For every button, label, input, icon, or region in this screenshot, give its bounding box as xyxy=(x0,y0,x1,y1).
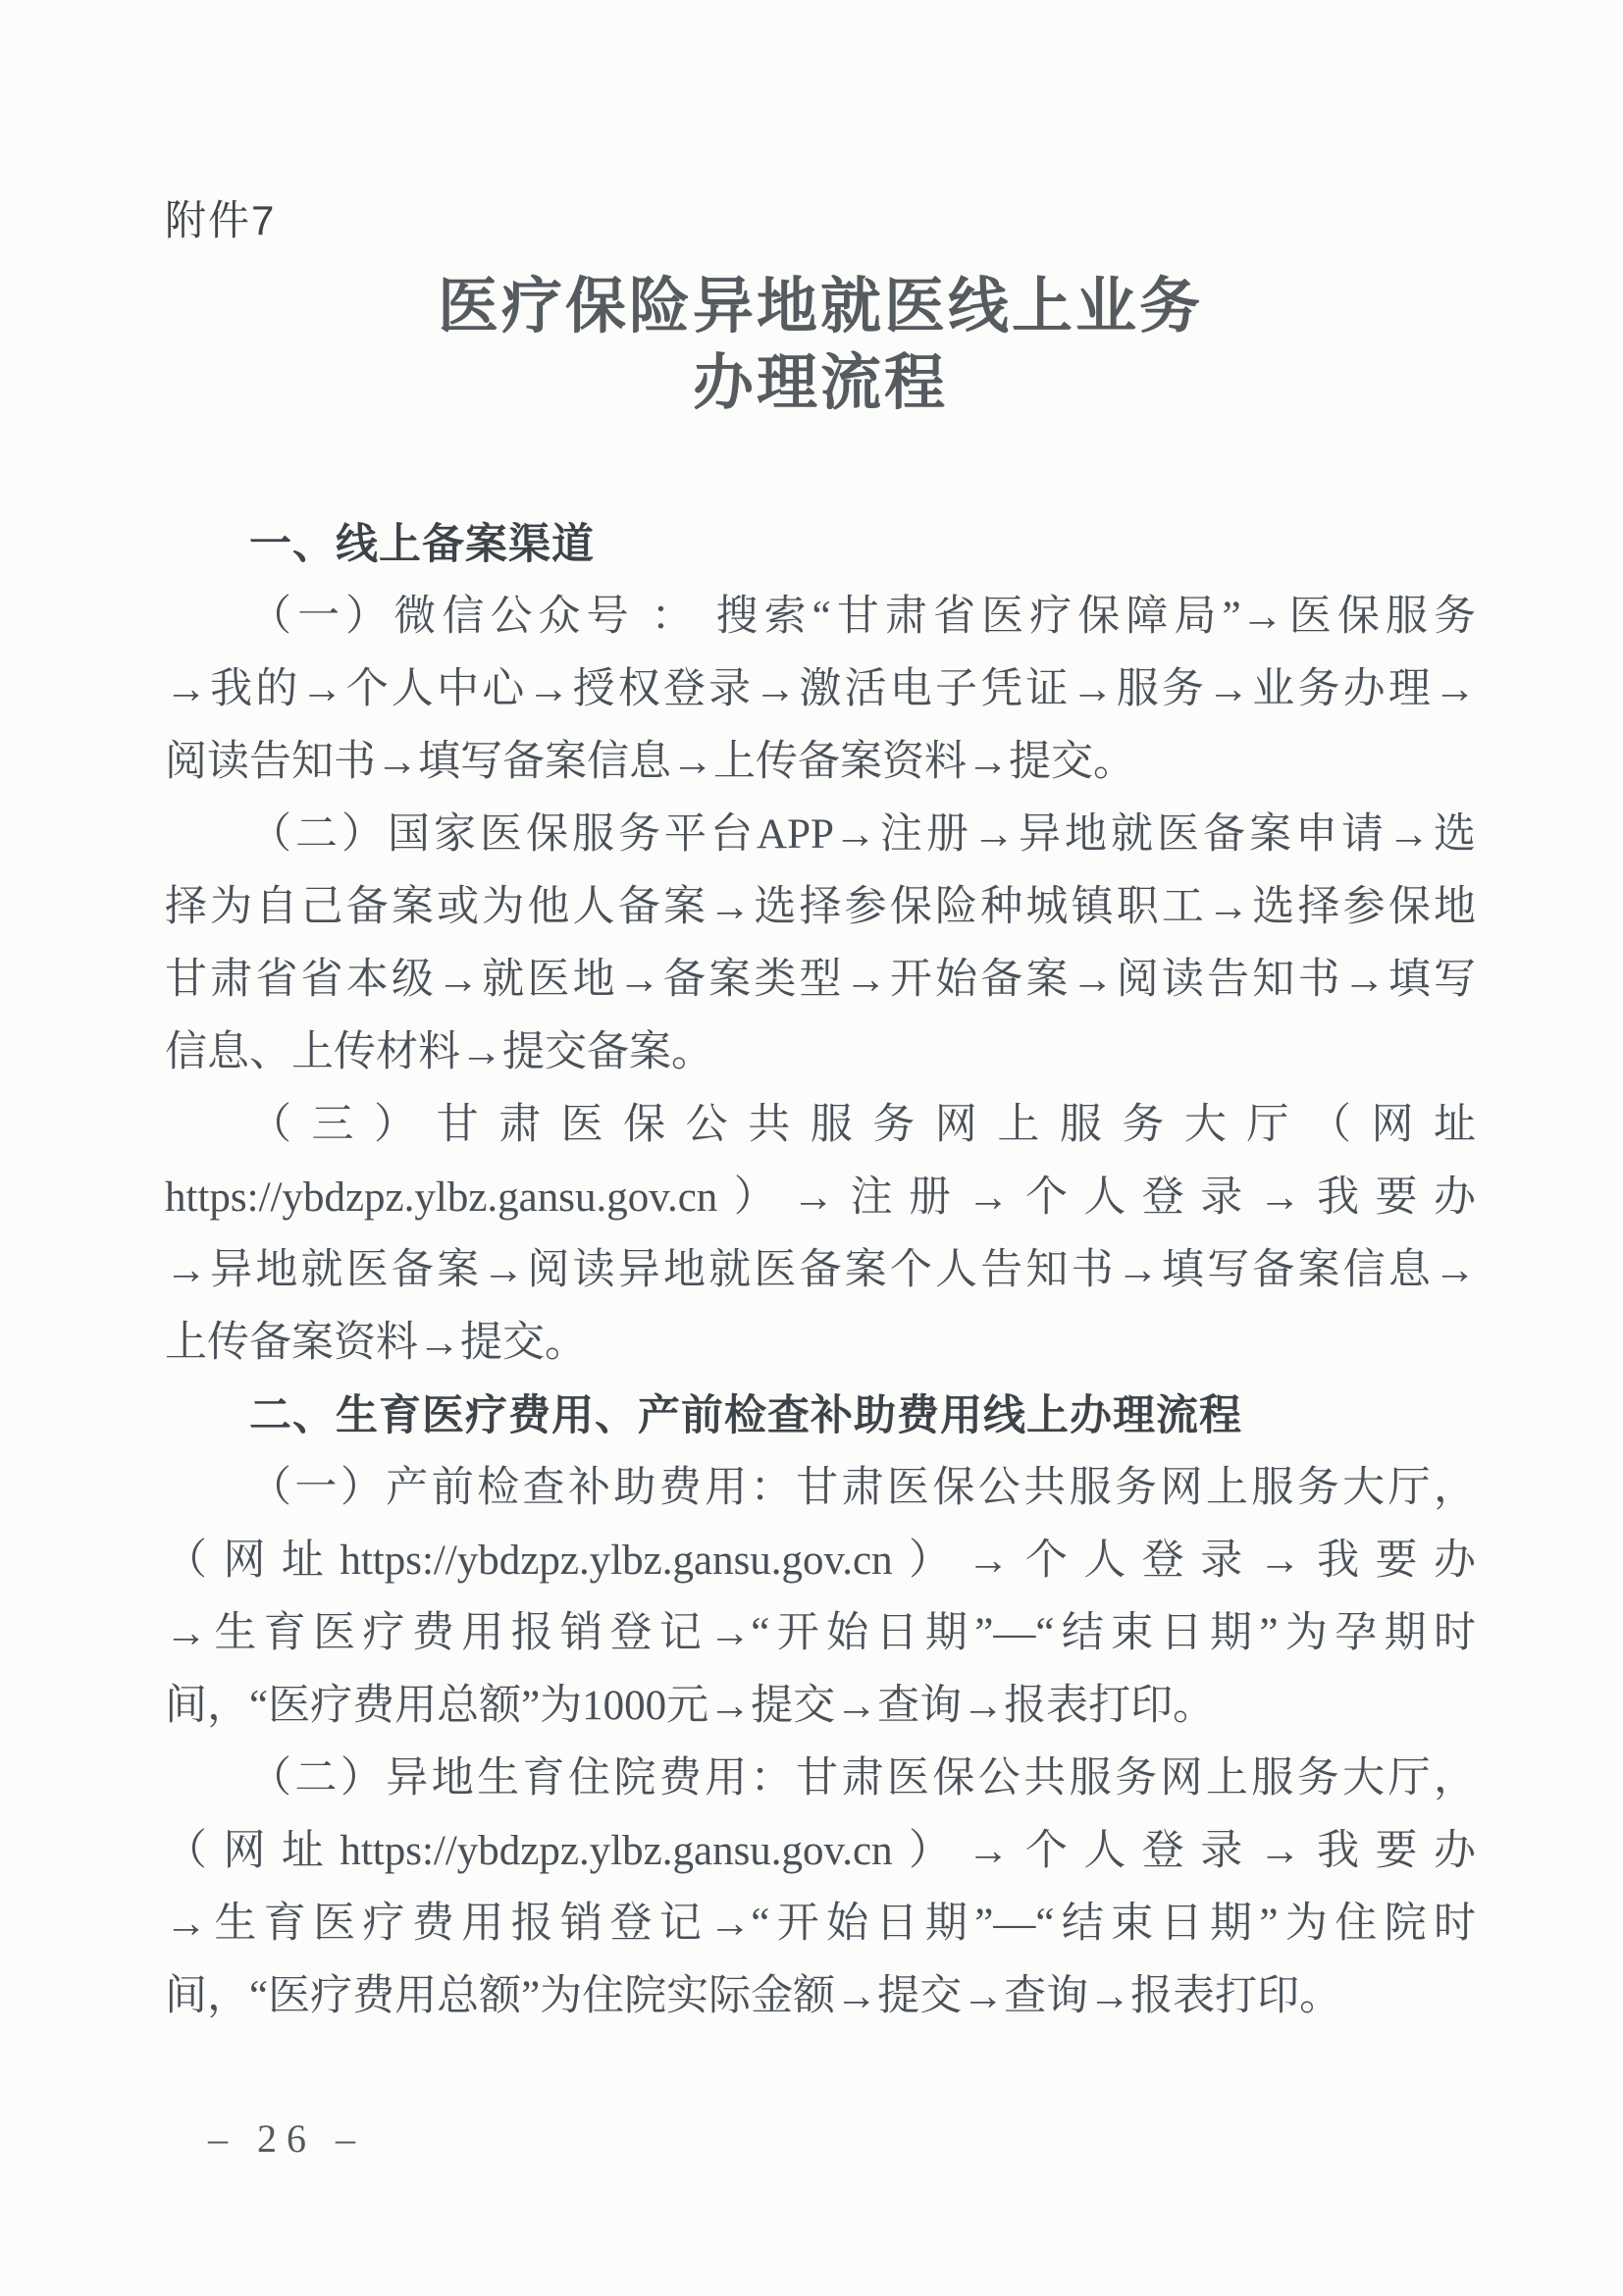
section-heading: 一、线上备案渠道 xyxy=(165,508,1476,581)
text-line: （三）甘肃医保公共服务网上服务大厅（网址 xyxy=(165,1089,1476,1162)
text-line: （网址https://ybdzpz.ylbz.gansu.gov.cn）→个人登… xyxy=(165,1815,1476,1888)
text-line: →异地就医备案→阅读异地就医备案个人告知书→填写备案信息→ xyxy=(165,1234,1476,1307)
text-line: →我的→个人中心→授权登录→激活电子凭证→服务→业务办理→ xyxy=(165,653,1476,726)
document-body: 一、线上备案渠道（一）微信公众号 ： 搜索“甘肃省医疗保障局”→医保服务→我的→… xyxy=(165,508,1476,2033)
text-line: （二）国家医保服务平台APP→注册→异地就医备案申请→选 xyxy=(165,799,1476,871)
document-title-line-1: 医疗保险异地就医线上业务 xyxy=(165,269,1476,345)
text-line: （一）产前检查补助费用：甘肃医保公共服务网上服务大厅， xyxy=(165,1452,1476,1525)
text-line: （一）微信公众号 ： 搜索“甘肃省医疗保障局”→医保服务 xyxy=(165,581,1476,653)
text-line: 择为自己备案或为他人备案→选择参保险种城镇职工→选择参保地 xyxy=(165,871,1476,944)
document-title: 医疗保险异地就医线上业务 办理流程 xyxy=(165,269,1476,422)
page-number: – 26 – xyxy=(208,2115,365,2162)
text-line: 上传备案资料→提交。 xyxy=(165,1307,1476,1380)
document-title-line-2: 办理流程 xyxy=(165,345,1476,422)
text-line: 信息、上传材料→提交备案。 xyxy=(165,1017,1476,1089)
text-line: （网址https://ybdzpz.ylbz.gansu.gov.cn）→个人登… xyxy=(165,1525,1476,1597)
text-line: →生育医疗费用报销登记→“开始日期”—“结束日期”为孕期时 xyxy=(165,1597,1476,1670)
text-line: https://ybdzpz.ylbz.gansu.gov.cn）→注册→个人登… xyxy=(165,1162,1476,1234)
text-line: 阅读告知书→填写备案信息→上传备案资料→提交。 xyxy=(165,726,1476,799)
section-heading: 二、生育医疗费用、产前检查补助费用线上办理流程 xyxy=(165,1380,1476,1452)
text-line: 间，“医疗费用总额”为住院实际金额→提交→查询→报表打印。 xyxy=(165,1960,1476,2033)
text-line: 甘肃省省本级→就医地→备案类型→开始备案→阅读告知书→填写 xyxy=(165,944,1476,1017)
attachment-label: 附件7 xyxy=(165,188,1476,247)
text-line: →生育医疗费用报销登记→“开始日期”—“结束日期”为住院时 xyxy=(165,1888,1476,1960)
document-page: 附件7 医疗保险异地就医线上业务 办理流程 一、线上备案渠道（一）微信公众号 ：… xyxy=(0,0,1623,2296)
text-line: （二）异地生育住院费用：甘肃医保公共服务网上服务大厅， xyxy=(165,1743,1476,1815)
text-line: 间，“医疗费用总额”为1000元→提交→查询→报表打印。 xyxy=(165,1670,1476,1743)
